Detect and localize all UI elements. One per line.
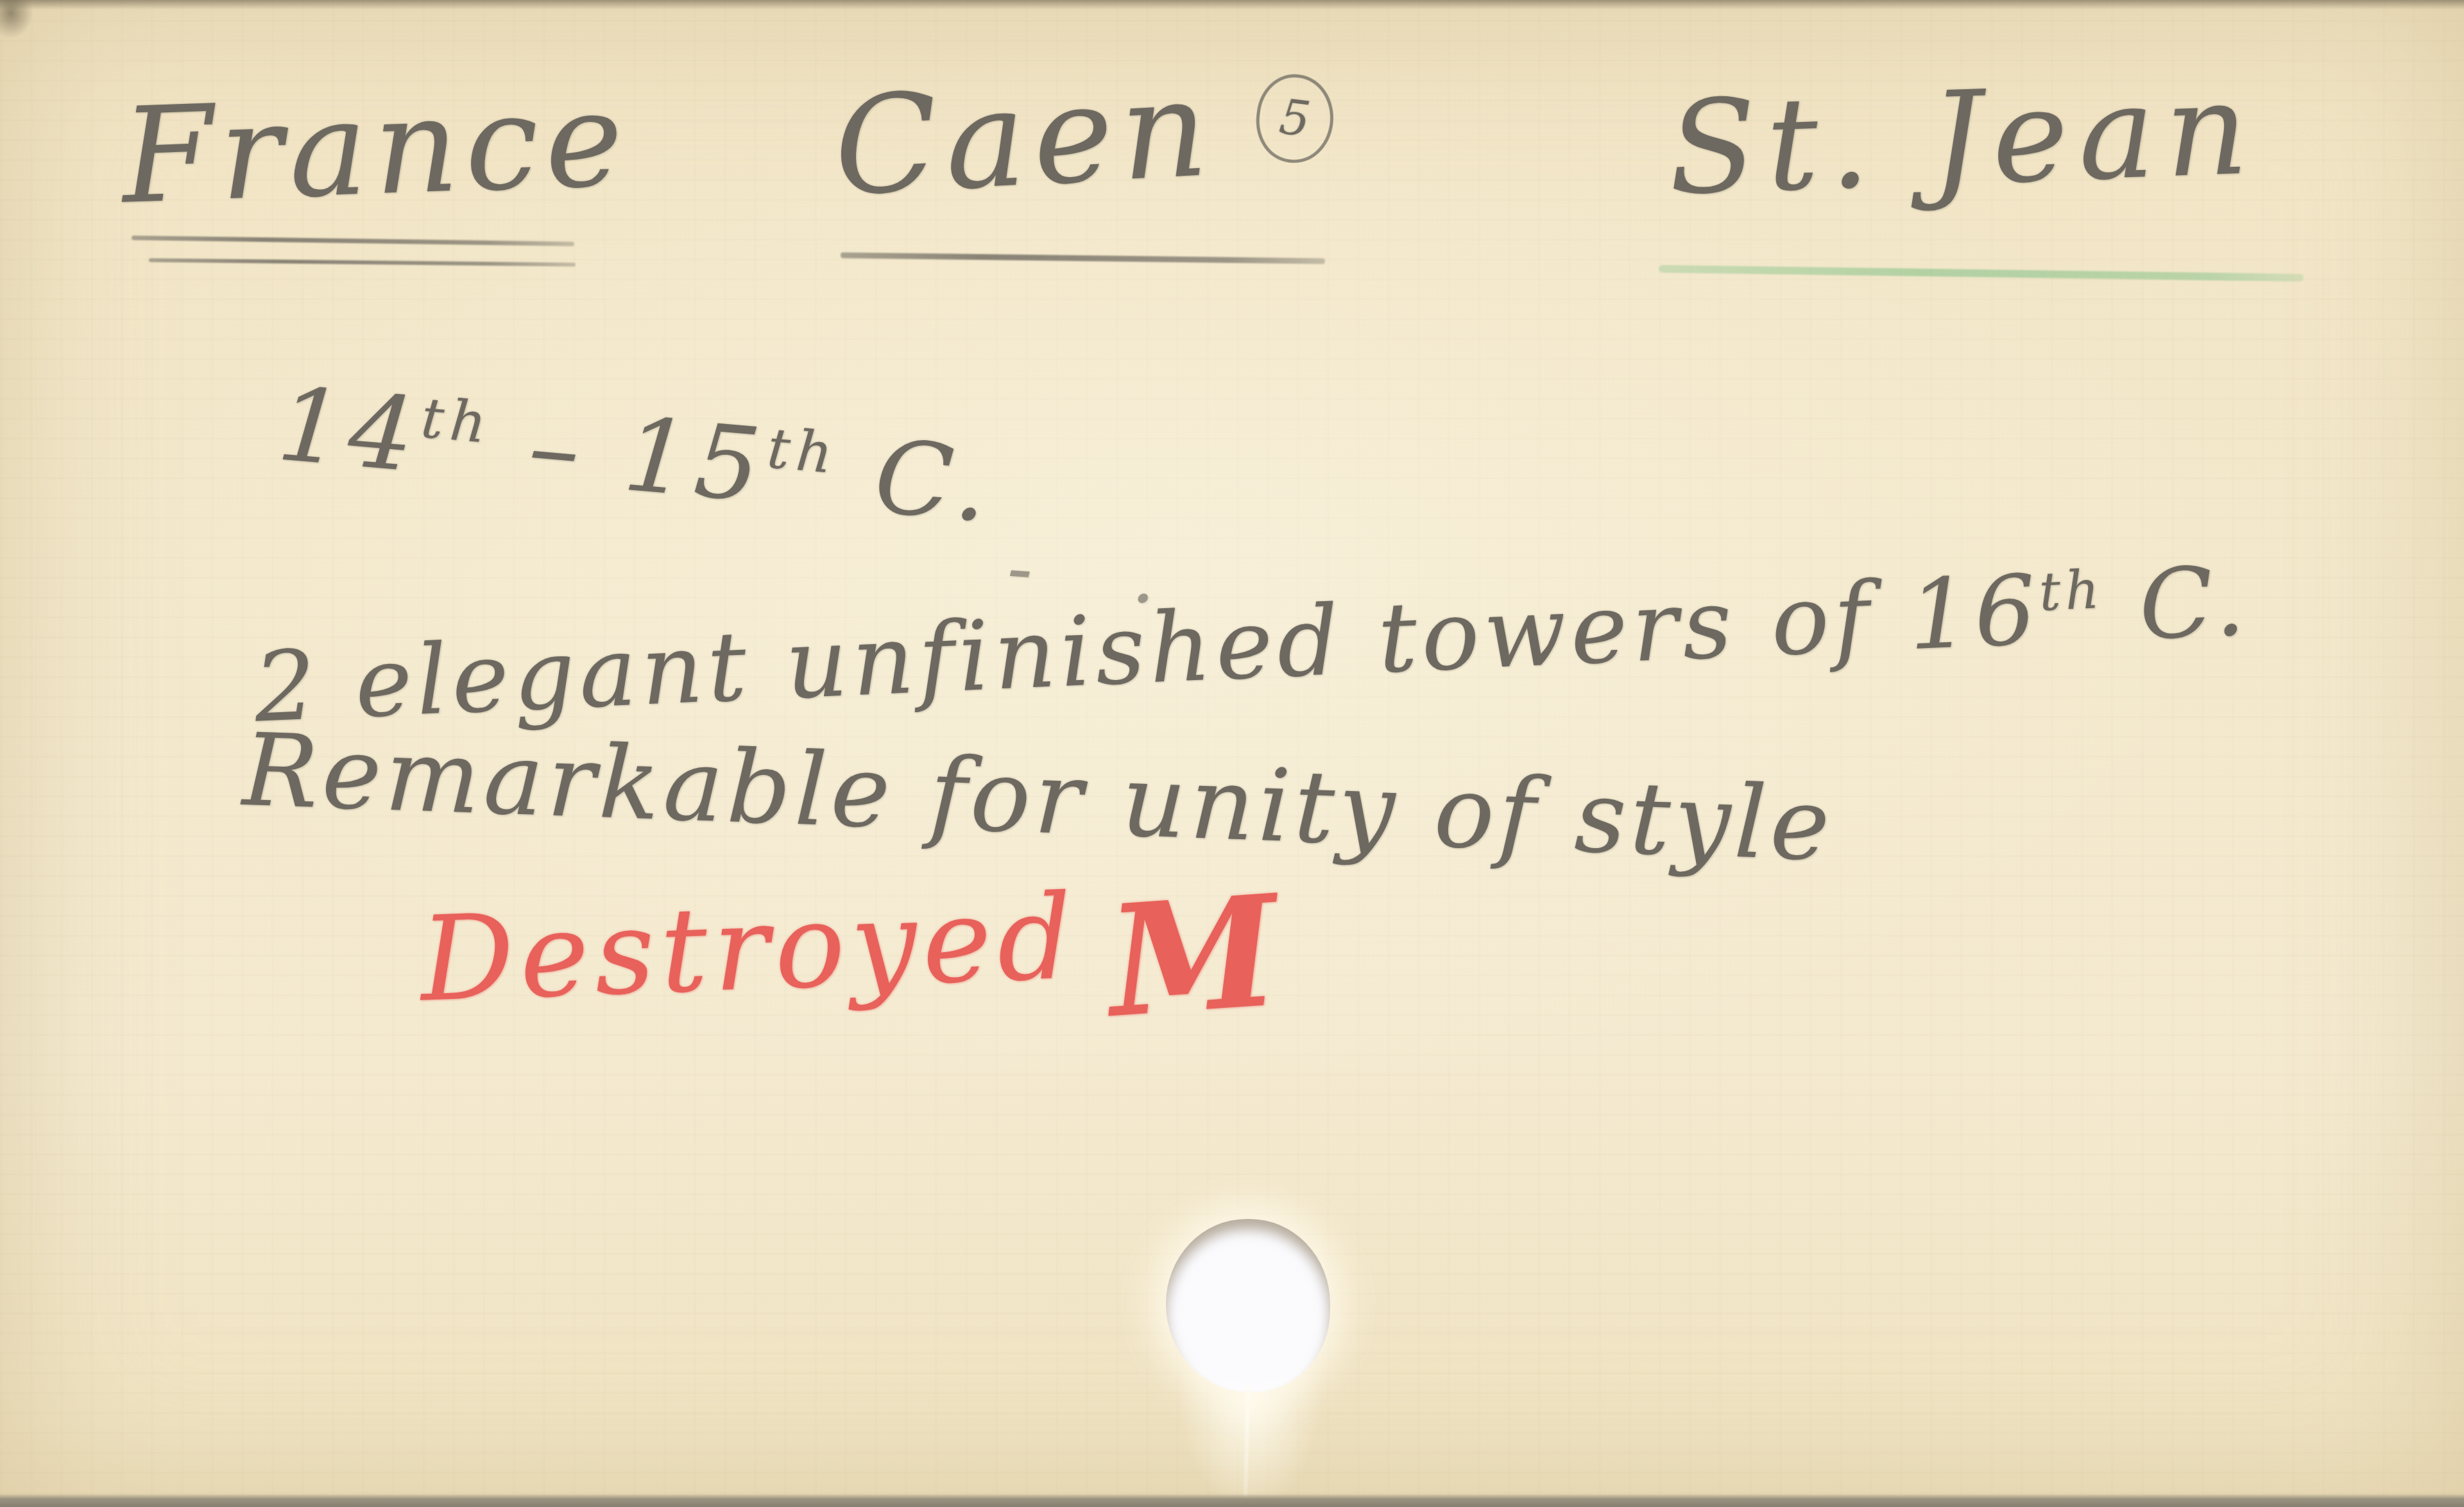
scan-edge-bottom	[0, 1494, 2464, 1507]
index-card: France Caen 5 St. Jean 14th – 15th C. - …	[0, 0, 2464, 1507]
church-heading: St. Jean	[1666, 54, 2261, 224]
date-line-text: 14	[273, 366, 425, 496]
destroyed-annotation: Destroyed	[418, 869, 1081, 1028]
ordinal-suffix: th	[2038, 559, 2105, 623]
description-text: C.	[2102, 545, 2252, 663]
city-footnote-circle: 5	[1251, 70, 1339, 167]
date-line: 14th – 15th C.	[273, 366, 999, 546]
annotation-initial: M	[1103, 862, 1284, 1052]
church-green-underline	[1659, 265, 2304, 282]
scan-edge-top	[0, 0, 2464, 10]
description-line: 2 elegant unfinished towers of 16th C.	[252, 545, 2252, 744]
date-line-text: – 15	[486, 384, 771, 526]
ordinal-suffix: th	[418, 386, 495, 456]
city-footnote-number: 5	[1276, 89, 1313, 148]
remark-line: Remarkable for unity of style	[241, 711, 1836, 883]
country-heading: France	[119, 63, 631, 233]
country-underline-2	[149, 259, 576, 267]
date-line-text: C.	[832, 414, 999, 546]
city-heading: Caen	[830, 49, 1219, 226]
punch-hole	[1166, 1219, 1330, 1392]
city-underline	[841, 252, 1325, 264]
ordinal-suffix: th	[765, 416, 841, 486]
country-underline-1	[132, 235, 574, 246]
